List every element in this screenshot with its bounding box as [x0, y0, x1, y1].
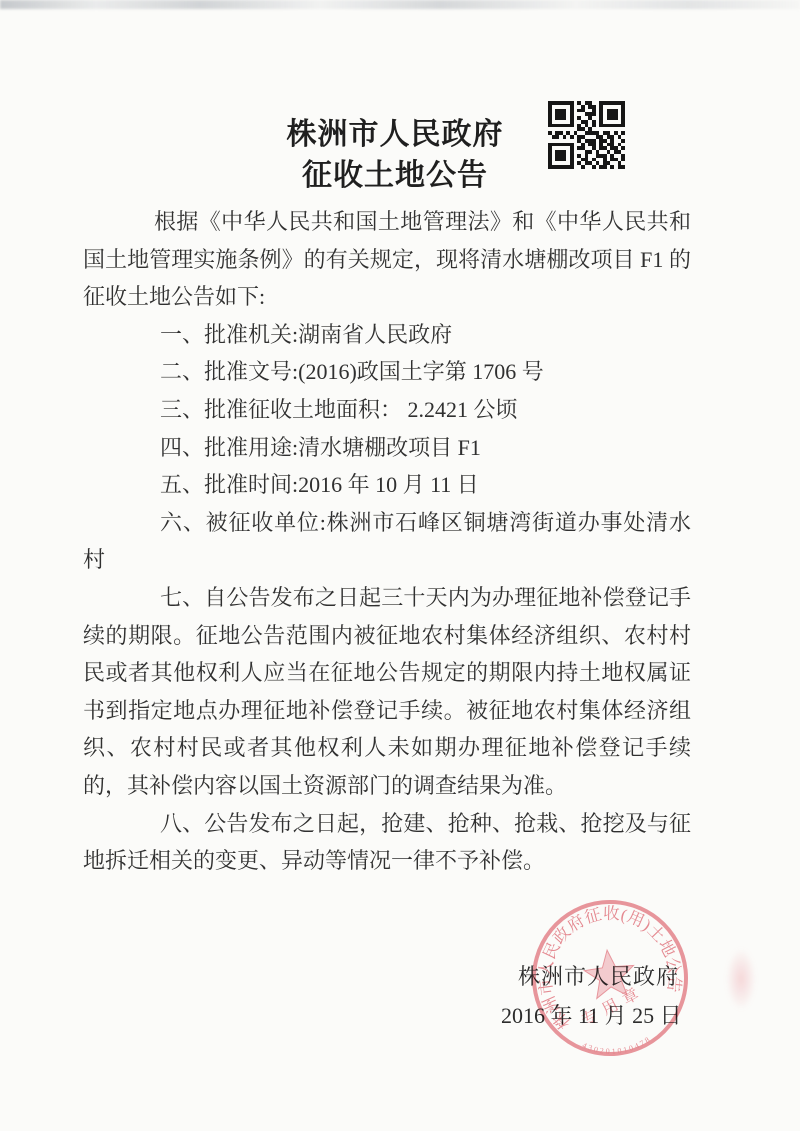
item-approval-date: 五、批准时间:2016 年 10 月 11 日 [83, 466, 691, 504]
seal-serial: 430201010478 [580, 1034, 654, 1060]
item-expropriated-unit: 六、被征收单位:株洲市石峰区铜塘湾街道办事处清水村 [83, 504, 691, 579]
item-approval-authority: 一、批准机关:湖南省人民政府 [83, 316, 691, 354]
title-line-issuer: 株洲市人民政府 [0, 114, 790, 155]
paragraph-registration-deadline: 七、自公告发布之日起三十天内为办理征地补偿登记手续的期限。征地公告范围内被征地农… [83, 579, 691, 805]
item-approval-number: 二、批准文号:(2016)政国土字第 1706 号 [83, 353, 691, 391]
qr-code [548, 101, 625, 169]
scan-artifact-top [0, 0, 800, 9]
item-approved-area: 三、批准征收土地面积： 2.2421 公顷 [83, 391, 691, 429]
item-approved-use: 四、批准用途:清水塘棚改项目 F1 [83, 429, 691, 467]
official-seal: 株洲市人民政府征收(用)土地公告 专用章 430201010478 [517, 885, 704, 1072]
announcement-body: 根据《中华人民共和国土地管理法》和《中华人民共和国土地管理实施条例》的有关规定，… [83, 203, 691, 880]
seal-serial-wrap: 430201010478 [580, 1034, 654, 1060]
title-line-subject: 征收土地公告 [0, 155, 790, 196]
document-title: 株洲市人民政府 征收土地公告 [0, 114, 790, 196]
scanned-announcement-page: 株洲市人民政府 征收土地公告 根据《中华人民共和国土地管理法》和《中华人民共和国… [0, 0, 800, 1131]
paragraph-intro: 根据《中华人民共和国土地管理法》和《中华人民共和国土地管理实施条例》的有关规定，… [83, 203, 691, 316]
paragraph-no-compensation: 八、公告发布之日起，抢建、抢种、抢栽、抢挖及与征地拆迁相关的变更、异动等情况一律… [83, 805, 691, 880]
seal-ink-smudge [726, 948, 756, 1010]
